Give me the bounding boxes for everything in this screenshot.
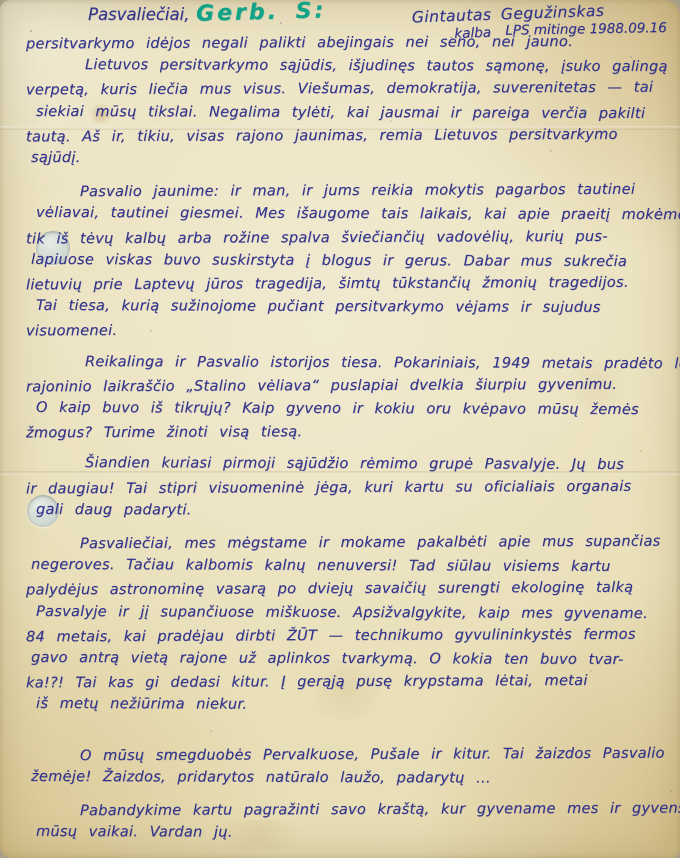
handwritten-line: persitvarkymo idėjos negali palikti abej…	[26, 31, 666, 57]
handwritten-line: Tai tiesa, kurią sužinojome pučiant pers…	[36, 295, 666, 320]
handwritten-line: Reikalinga ir Pasvalio istorijos tiesa. …	[31, 351, 666, 376]
salutation: Pasvaliečiai,	[88, 5, 189, 24]
handwritten-line: O mūsų smegduobės Pervalkuose, Pušale ir…	[26, 742, 666, 768]
handwritten-line: gavo antrą vietą rajone už aplinkos tvar…	[31, 647, 666, 672]
handwritten-line: lietuvių prie Laptevų jūros tragedija, š…	[26, 272, 666, 298]
handwritten-line: Pasvalyje ir jį supančiuose miškuose. Ap…	[36, 601, 666, 626]
handwritten-line: sąjūdį.	[31, 147, 666, 172]
handwritten-line: siekiai mūsų tikslai. Negalima tylėti, k…	[36, 101, 666, 126]
handwritten-line: gali daug padaryti.	[36, 499, 666, 524]
handwritten-line: Pabandykime kartu pagražinti savo kraštą…	[26, 798, 666, 824]
handwritten-line: vėliavai, tautinei giesmei. Mes išaugome…	[36, 202, 666, 227]
handwritten-line: O kaip buvo iš tikrųjų? Kaip gyveno ir k…	[36, 397, 666, 422]
handwritten-line: verpetą, kuris liečia mus visus. Viešuma…	[26, 77, 666, 103]
handwritten-line: visuomenei.	[26, 318, 666, 344]
handwritten-line: ka!?! Tai kas gi dedasi kitur. Į gerąją …	[26, 670, 666, 696]
body-lines: persitvarkymo idėjos negali palikti abej…	[26, 32, 666, 846]
handwritten-line: Pasvalio jaunime: ir man, ir jums reikia…	[26, 179, 666, 205]
handwritten-line: Pasvaliečiai, mes mėgstame ir mokame pak…	[26, 531, 666, 557]
handwritten-line: Lietuvos persitvarkymo sąjūdis, išjudinę…	[31, 54, 666, 79]
handwritten-line: lapiuose viskas buvo suskirstyta į blogu…	[31, 249, 666, 274]
handwritten-line: negeroves. Tačiau kalbomis kalnų nenuver…	[31, 554, 666, 579]
handwritten-line: žmogus? Turime žinoti visą tiesą.	[26, 420, 666, 446]
handwritten-line: mūsų vaikai. Vardan jų.	[36, 821, 666, 846]
handwritten-line: palydėjus astronominę vasarą po dviejų s…	[26, 577, 666, 603]
handwritten-line: 84 metais, kai pradėjau dirbti ŽŪT — tec…	[26, 623, 666, 649]
handwritten-line: iš metų nežiūrima niekur.	[36, 693, 666, 718]
letter-page: Pasvaliečiai, Gerb. S: Gintautas Gegužin…	[0, 0, 680, 858]
green-ink-annotation: Gerb. S:	[196, 0, 327, 27]
handwritten-line: Šiandien kuriasi pirmoji sąjūdžio rėmimo…	[31, 452, 666, 477]
handwritten-line: tik iš tėvų kalbų arba rožine spalva švi…	[26, 225, 666, 251]
handwritten-line: ir daugiau! Tai stipri visuomeninė jėga,…	[26, 475, 666, 501]
handwritten-line: rajoninio laikraščio „Stalino vėliava“ p…	[26, 373, 666, 399]
handwritten-line: tautą. Aš ir, tikiu, visas rajono jaunim…	[26, 123, 666, 149]
handwritten-line: žemėje! Žaizdos, pridarytos natūralo lau…	[31, 766, 666, 791]
